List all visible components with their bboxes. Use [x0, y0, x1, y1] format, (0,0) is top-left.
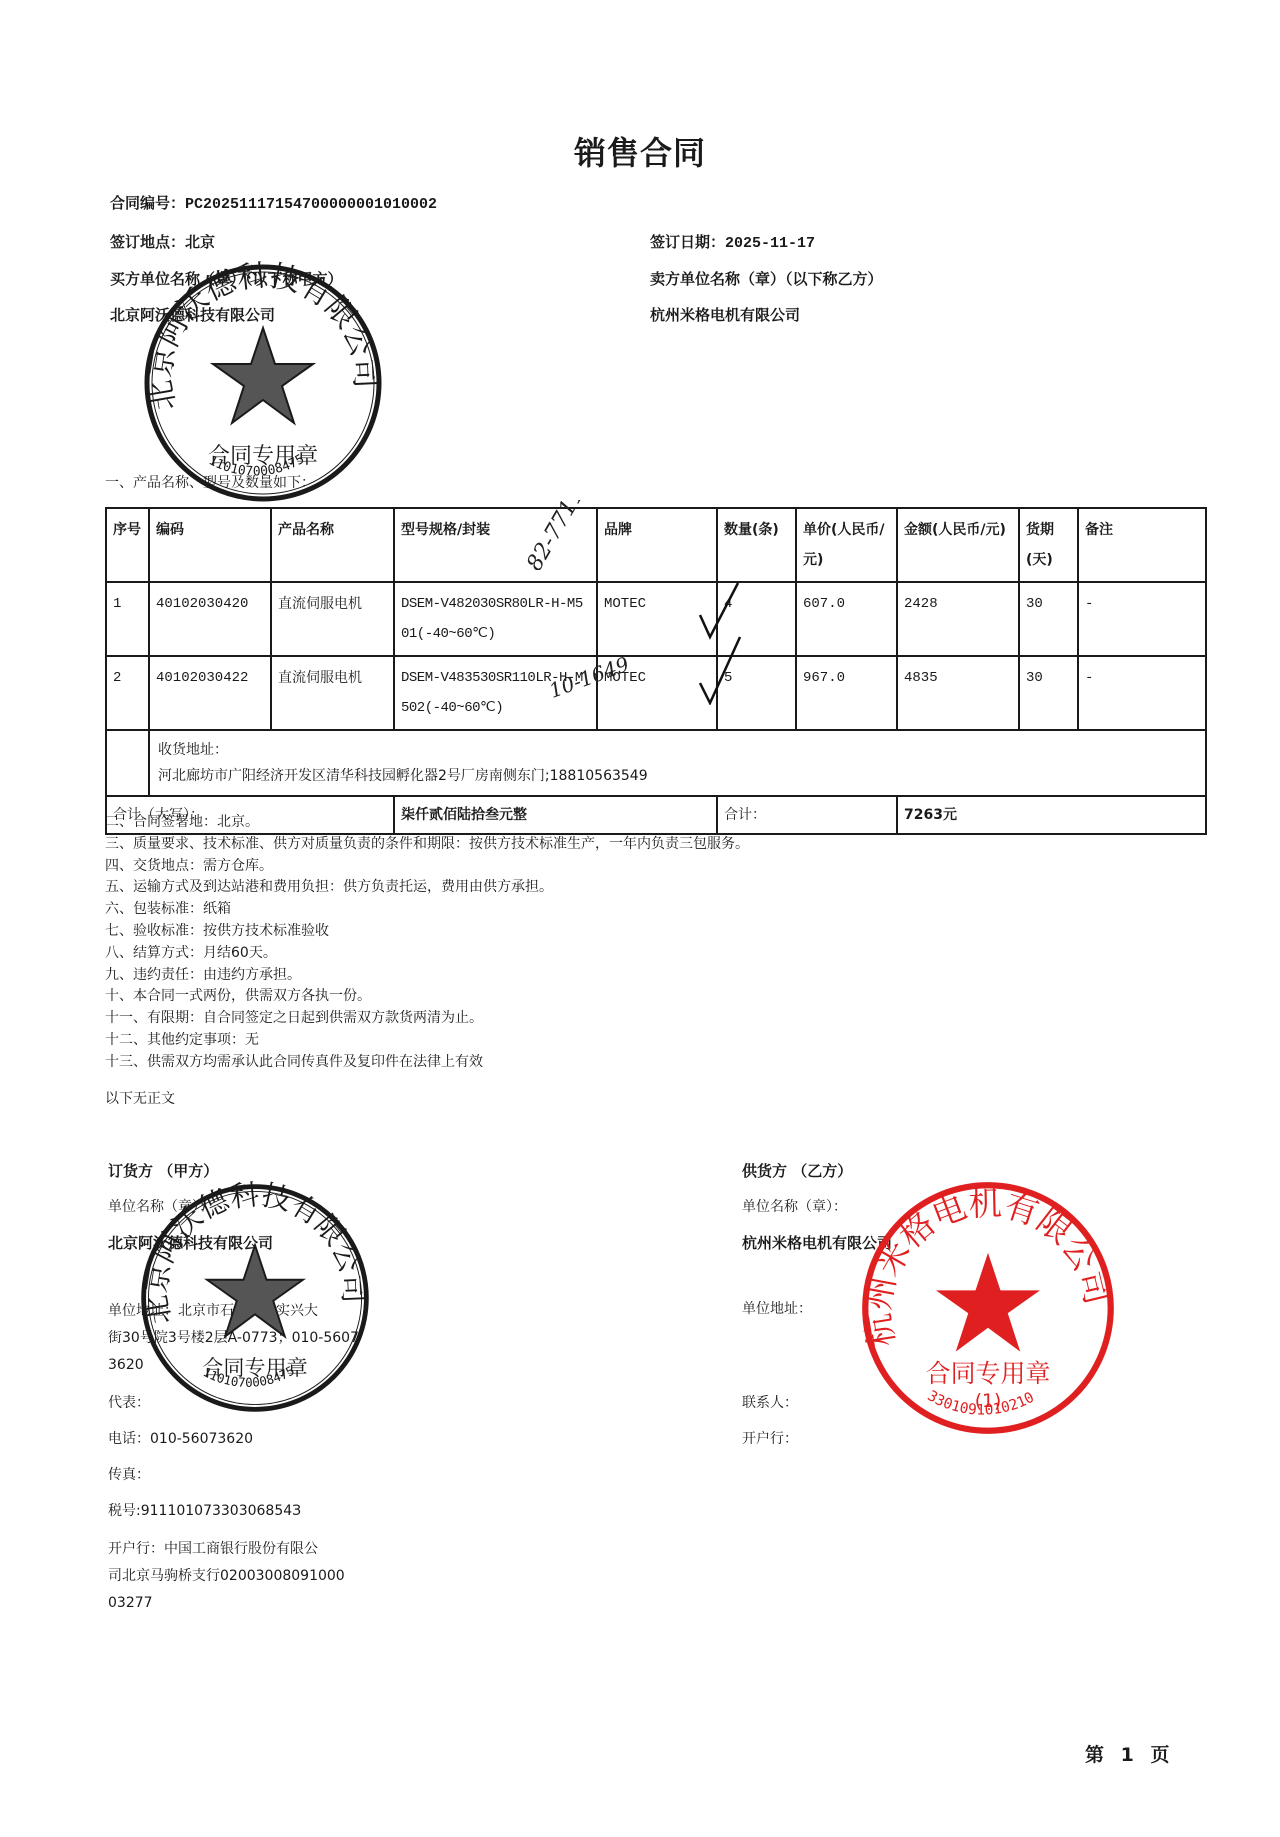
svg-text:合同专用章: 合同专用章 [208, 444, 318, 469]
buyer-phone: 电话：010-56073620 [108, 1428, 253, 1448]
page-number: 第 1 页 [1085, 1740, 1174, 1767]
table-row: 2 40102030422 直流伺服电机 DSEM-V483530SR110LR… [106, 656, 1206, 730]
buyer-rep-label: 代表： [108, 1392, 150, 1412]
buyer-company-seal-icon: 北京阿沃德科技有限公司 合同专用章 1101070008475 [138, 258, 388, 508]
product-table: 序号 编码 产品名称 型号规格/封装 品牌 数量(条) 单价(人民币/元) 金额… [105, 507, 1207, 835]
end-note: 以下无正文 [105, 1088, 175, 1108]
clause-item: 三、质量要求、技术标准、供方对质量负责的条件和期限：按供方技术标准生产，一年内负… [105, 834, 1105, 856]
buyer-bank-line: 司北京马驹桥支行02003008091000 [108, 1563, 345, 1590]
clause-item: 八、结算方式：月结60天。 [105, 943, 1105, 965]
cell-no: 1 [106, 582, 149, 656]
seller-company-seal-icon: 杭州米格电机有限公司 合同专用章 (1) 3301091010210 [858, 1178, 1118, 1438]
cell-lead-time: 30 [1019, 656, 1078, 730]
cell-unit-price: 607.0 [796, 582, 897, 656]
cell-remark: - [1078, 656, 1206, 730]
buyer-bank-line: 03277 [108, 1590, 345, 1617]
buyer-name: 北京阿沃德科技有限公司 [110, 304, 275, 325]
buyer-block-name: 北京阿沃德科技有限公司 [108, 1232, 273, 1253]
sign-place: 签订地点：北京 [110, 231, 215, 252]
cell-brand: MOTEC [597, 582, 717, 656]
delivery-address-label: 收货地址： [158, 737, 1199, 763]
seller-label: 卖方单位名称（章）（以下称乙方） [650, 268, 883, 289]
cell-qty: 5 [717, 656, 796, 730]
cell-amount: 2428 [897, 582, 1019, 656]
col-header-qty: 数量(条) [717, 508, 796, 582]
clause-item: 七、验收标准：按供方技术标准验收 [105, 921, 1105, 943]
buyer-address-line: 3620 [108, 1352, 359, 1379]
table-header-row: 序号 编码 产品名称 型号规格/封装 品牌 数量(条) 单价(人民币/元) 金额… [106, 508, 1206, 582]
document-title: 销售合同 [0, 128, 1280, 174]
contract-number: 合同编号：PC20251117154700000001010002 [110, 192, 437, 213]
buyer-address-line: 单位地址：北京市石景山区实兴大 [108, 1298, 359, 1325]
col-header-spec: 型号规格/封装 [394, 508, 597, 582]
delivery-address-row: 收货地址： 河北廊坊市广阳经济开发区清华科技园孵化器2号厂房南侧东门;18810… [106, 730, 1206, 796]
clause-item: 五、运输方式及到达站港和费用负担：供方负责托运，费用由供方承担。 [105, 877, 1105, 899]
cell-remark: - [1078, 582, 1206, 656]
col-header-unit-price: 单价(人民币/元) [796, 508, 897, 582]
contract-number-value: PC20251117154700000001010002 [185, 196, 437, 213]
cell-amount: 4835 [897, 656, 1019, 730]
cell-code: 40102030422 [149, 656, 271, 730]
cell-brand: MOTEC [597, 656, 717, 730]
cell-lead-time: 30 [1019, 582, 1078, 656]
seller-name: 杭州米格电机有限公司 [650, 304, 800, 325]
clause-item: 十、本合同一式两份，供需双方各执一份。 [105, 986, 1105, 1008]
buyer-fax-label: 传真： [108, 1464, 150, 1484]
delivery-address-cell: 收货地址： 河北廊坊市广阳经济开发区清华科技园孵化器2号厂房南侧东门;18810… [149, 730, 1206, 796]
col-header-amount: 金额(人民币/元) [897, 508, 1019, 582]
clause-item: 九、违约责任：由违约方承担。 [105, 965, 1105, 987]
svg-text:(1): (1) [975, 1391, 1002, 1412]
seller-block-heading: 供货方 （乙方） [742, 1160, 852, 1181]
col-header-code: 编码 [149, 508, 271, 582]
buyer-block-heading: 订货方 （甲方） [108, 1160, 218, 1181]
buyer-bank: 开户行：中国工商银行股份有限公 司北京马驹桥支行02003008091000 0… [108, 1536, 345, 1617]
clause-item: 十三、供需双方均需承认此合同传真件及复印件在法律上有效 [105, 1052, 1105, 1074]
seller-bank-label: 开户行： [742, 1428, 798, 1448]
col-header-lead-time: 货期(天) [1019, 508, 1078, 582]
contract-number-label: 合同编号： [110, 194, 185, 212]
seller-address-label: 单位地址： [742, 1298, 812, 1318]
clause-item: 六、包装标准：纸箱 [105, 899, 1105, 921]
buyer-address-line: 街30号院3号楼2层A-0773；010-5607 [108, 1325, 359, 1352]
clause-item: 十二、其他约定事项：无 [105, 1030, 1105, 1052]
section-1-heading: 一、产品名称、型号及数量如下： [105, 472, 315, 492]
sign-place-label: 签订地点： [110, 233, 185, 251]
col-header-product-name: 产品名称 [271, 508, 394, 582]
col-header-brand: 品牌 [597, 508, 717, 582]
buyer-name-label: 单位名称（章）： [108, 1196, 213, 1216]
seller-block-name: 杭州米格电机有限公司 [742, 1232, 892, 1253]
cell-spec: DSEM-V482030SR80LR-H-M501(-40~60℃) [394, 582, 597, 656]
sign-place-value: 北京 [185, 233, 215, 251]
contract-clauses: 二、合同签署地：北京。 三、质量要求、技术标准、供方对质量负责的条件和期限：按供… [105, 812, 1105, 1074]
col-header-remark: 备注 [1078, 508, 1206, 582]
col-header-no: 序号 [106, 508, 149, 582]
sign-date-label: 签订日期： [650, 233, 725, 251]
sign-date-value: 2025-11-17 [725, 235, 815, 252]
cell-unit-price: 967.0 [796, 656, 897, 730]
buyer-address: 单位地址：北京市石景山区实兴大 街30号院3号楼2层A-0773；010-560… [108, 1298, 359, 1379]
cell-product-name: 直流伺服电机 [271, 656, 394, 730]
delivery-address-value: 河北廊坊市广阳经济开发区清华科技园孵化器2号厂房南侧东门;18810563549 [158, 763, 1199, 789]
svg-text:3301091010210: 3301091010210 [924, 1387, 1037, 1418]
buyer-label: 买方单位名称（章）（以下称甲方） [110, 268, 343, 289]
svg-text:合同专用章: 合同专用章 [926, 1359, 1051, 1388]
seller-name-label: 单位名称（章）： [742, 1196, 847, 1216]
clause-item: 二、合同签署地：北京。 [105, 812, 1105, 834]
cell-spec: DSEM-V483530SR110LR-H-M502(-40~60℃) [394, 656, 597, 730]
cell-product-name: 直流伺服电机 [271, 582, 394, 656]
svg-text:杭州米格电机有限公司: 杭州米格电机有限公司 [858, 1184, 1117, 1350]
cell-code: 40102030420 [149, 582, 271, 656]
clause-item: 十一、有限期：自合同签定之日起到供需双方款货两清为止。 [105, 1008, 1105, 1030]
buyer-tax-number: 税号:91110107330306854З [108, 1500, 301, 1520]
address-spacer-cell [106, 730, 149, 796]
seller-contact-label: 联系人： [742, 1392, 798, 1412]
buyer-bank-line: 开户行：中国工商银行股份有限公 [108, 1536, 345, 1563]
clause-item: 四、交货地点：需方仓库。 [105, 856, 1105, 878]
sign-date: 签订日期：2025-11-17 [650, 231, 815, 252]
cell-qty: 4 [717, 582, 796, 656]
table-row: 1 40102030420 直流伺服电机 DSEM-V482030SR80LR-… [106, 582, 1206, 656]
cell-no: 2 [106, 656, 149, 730]
